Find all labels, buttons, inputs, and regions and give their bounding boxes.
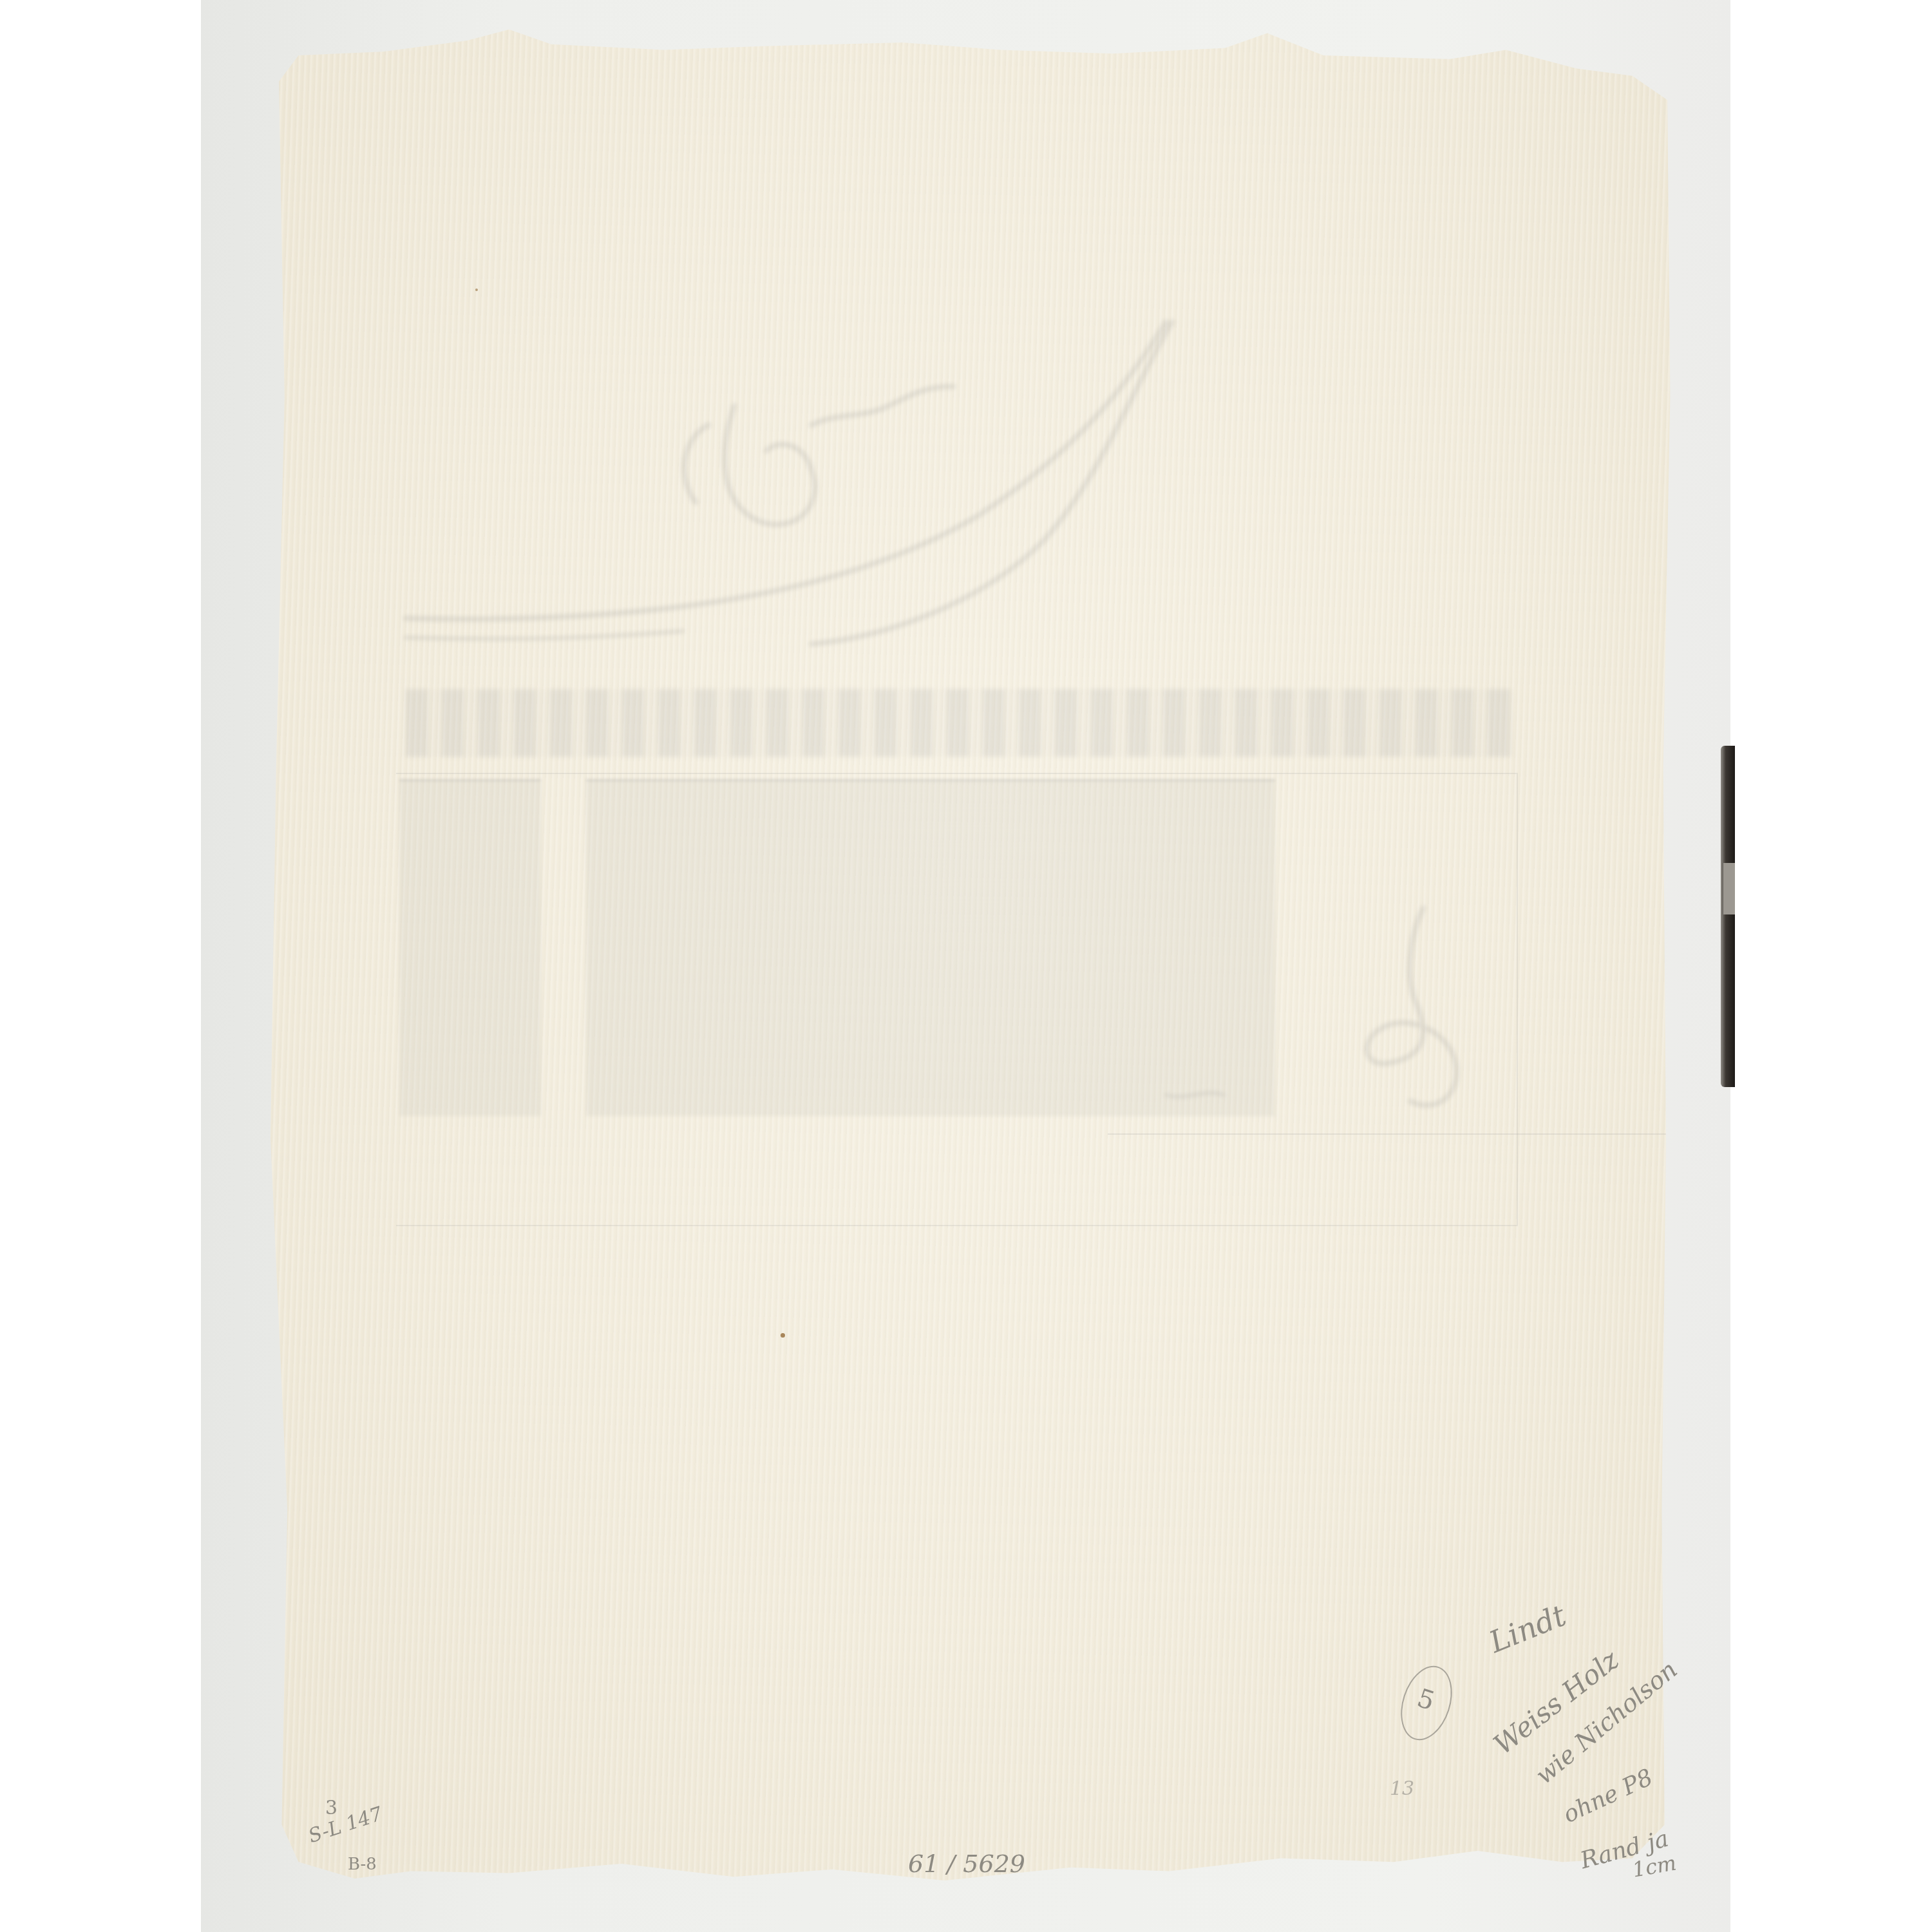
mounting-clip — [1721, 746, 1735, 1087]
mounting-clip-notch — [1723, 863, 1735, 914]
foxing-spot — [781, 1333, 785, 1338]
circled-number-text: 5 — [1414, 1683, 1438, 1717]
foxing-spot — [475, 289, 478, 291]
annotation-small-mark: 13 — [1390, 1777, 1414, 1800]
annotation-inventory-number: 61 / 5629 — [908, 1850, 1025, 1878]
show-through-band — [406, 689, 1513, 757]
annotation-reference: B-8 — [348, 1855, 377, 1874]
paper-sheet — [270, 26, 1674, 1880]
